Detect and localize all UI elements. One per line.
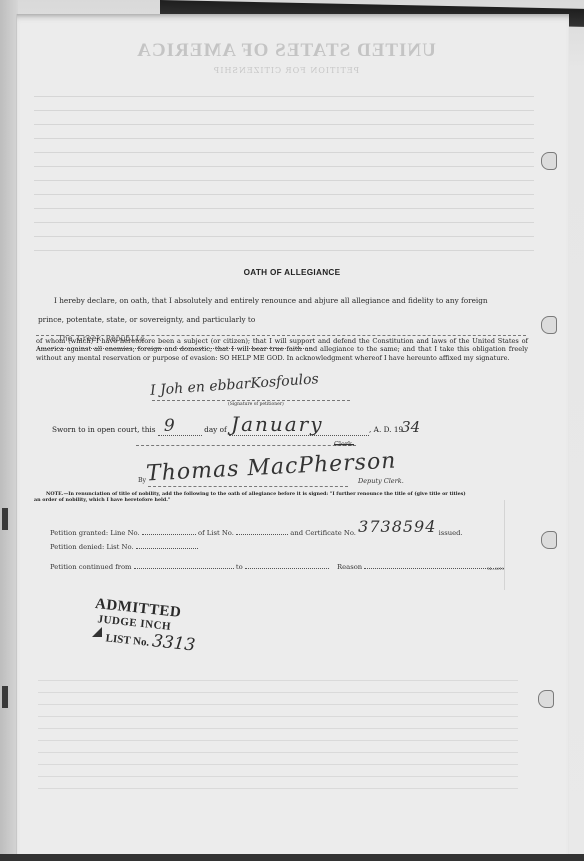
faded-form-lines xyxy=(34,96,534,264)
year-value: 34 xyxy=(401,418,420,436)
petition-denied-row: Petition denied: List No. xyxy=(50,542,198,551)
faded-affidavit-lines xyxy=(38,680,518,800)
oath-line-1: I hereby declare, on oath, that I absolu… xyxy=(38,291,528,310)
petition-continued-row: Petition continued from to Reason xyxy=(50,562,504,571)
divider xyxy=(36,335,526,336)
punch-hole-icon xyxy=(541,531,557,549)
continued-to-field xyxy=(245,562,329,569)
faded-header-title: UNITED STATES OF AMERICA xyxy=(136,40,436,62)
petition-granted-row: Petition granted: Line No. of List No. a… xyxy=(50,520,463,539)
sworn-statement: Sworn to in open court, this 9 day of Ja… xyxy=(52,418,420,436)
clerk-label: Clerk. xyxy=(334,440,354,448)
oath-line-2-label: prince, potentate, state, or sovereignty… xyxy=(38,315,255,324)
granted-label: Petition granted: Line No. xyxy=(50,529,140,537)
nobility-note: NOTE.—In renunciation of title of nobili… xyxy=(34,491,534,503)
continued-label: Petition continued from xyxy=(50,563,132,571)
certificate-number: 3738594 xyxy=(358,517,436,536)
sworn-prefix: Sworn to in open court, this xyxy=(52,425,156,434)
continued-from-field xyxy=(134,562,234,569)
month-value: January xyxy=(231,412,324,436)
of-list-label: of List No. xyxy=(198,529,234,537)
day-label: day of xyxy=(204,425,227,434)
year-prefix: , A. D. 19 xyxy=(369,425,403,434)
to-label: to xyxy=(236,563,243,571)
binding-mark xyxy=(2,508,8,530)
faded-side-text xyxy=(504,500,517,590)
month-field: January xyxy=(229,426,369,436)
reason-label: Reason xyxy=(337,563,362,571)
reason-field xyxy=(364,562,504,569)
punch-hole-icon xyxy=(541,152,557,170)
list-no-field xyxy=(236,528,288,535)
scanner-bottom-edge xyxy=(0,854,584,861)
deputy-clerk-label: Deputy Clerk. xyxy=(358,477,404,485)
faded-header-subtitle: PETITION FOR CITIZENSHIP xyxy=(176,66,396,75)
issued-label: issued. xyxy=(439,529,463,537)
line-no-field xyxy=(142,528,196,535)
signature-caption: (Signature of petitioner) xyxy=(228,402,284,407)
punch-hole-icon xyxy=(541,316,557,334)
note-line-2: an order of nobility, which I have heret… xyxy=(34,497,534,503)
stamp-list-label: LIST No. xyxy=(105,632,150,649)
denied-label: Petition denied: List No. xyxy=(50,543,134,551)
clerk-line xyxy=(136,445,356,446)
day-value: 9 xyxy=(164,416,175,436)
oath-paragraph-2: of whom (which) I have heretofore been a… xyxy=(36,337,528,362)
deputy-line xyxy=(148,486,348,487)
punch-hole-icon xyxy=(538,690,554,708)
oath-heading: OATH OF ALLEGIANCE xyxy=(0,268,584,277)
day-field: 9 xyxy=(158,426,202,436)
certificate-label: and Certificate No. xyxy=(290,529,356,537)
by-label: By xyxy=(138,477,146,484)
denied-list-field xyxy=(136,542,198,549)
form-number: 14—2615 xyxy=(487,567,504,571)
binding-mark xyxy=(2,686,8,708)
signature-line xyxy=(152,400,350,401)
